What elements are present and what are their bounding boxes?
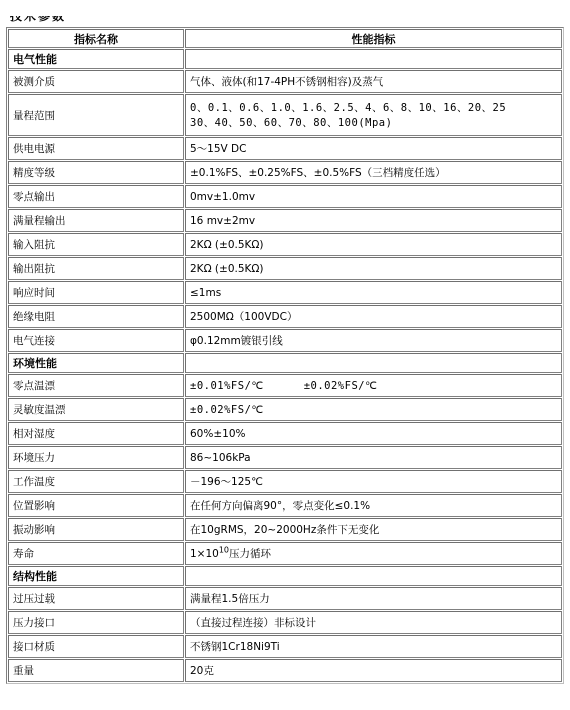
row-name: 精度等级 bbox=[8, 161, 184, 184]
row-name: 相对湿度 bbox=[8, 422, 184, 445]
table-row: 重量 20克 bbox=[8, 659, 562, 682]
table-row: 灵敏度温漂 ±0.02%FS/℃ bbox=[8, 398, 562, 421]
section-empty-cell bbox=[185, 353, 562, 373]
row-value: 5～15V DC bbox=[185, 137, 562, 160]
section-empty-cell bbox=[185, 49, 562, 69]
row-value: 0、0.1、0.6、1.0、1.6、2.5、4、6、8、10、16、20、25 … bbox=[185, 94, 562, 136]
row-name: 压力接口 bbox=[8, 611, 184, 634]
table-row: 零点温漂 ±0.01%FS/℃±0.02%FS/℃ bbox=[8, 374, 562, 397]
row-name: 绝缘电阻 bbox=[8, 305, 184, 328]
row-name: 供电电源 bbox=[8, 137, 184, 160]
table-row: 供电电源 5～15V DC bbox=[8, 137, 562, 160]
table-row: 输出阻抗 2KΩ (±0.5KΩ) bbox=[8, 257, 562, 280]
row-value: 0mv±1.0mv bbox=[185, 185, 562, 208]
row-value: ±0.1%FS、±0.25%FS、±0.5%FS（三档精度任选） bbox=[185, 161, 562, 184]
row-value: ±0.02%FS/℃ bbox=[185, 398, 562, 421]
spec-table: 指标名称 性能指标 电气性能 被测介质 气体、液体(和17-4PH不锈钢相容)及… bbox=[6, 27, 564, 684]
table-header-row: 指标名称 性能指标 bbox=[8, 29, 562, 48]
row-name: 电气连接 bbox=[8, 329, 184, 352]
row-value: ±0.01%FS/℃±0.02%FS/℃ bbox=[185, 374, 562, 397]
section-row-structural: 结构性能 bbox=[8, 566, 562, 586]
table-row: 响应时间 ≤1ms bbox=[8, 281, 562, 304]
row-name: 被测介质 bbox=[8, 70, 184, 93]
table-row: 电气连接 φ0.12mm镀银引线 bbox=[8, 329, 562, 352]
section-title: 环境性能 bbox=[8, 353, 184, 373]
row-name: 重量 bbox=[8, 659, 184, 682]
header-indicator-name: 指标名称 bbox=[8, 29, 184, 48]
row-value-base: 1×10 bbox=[190, 548, 219, 560]
row-name: 灵敏度温漂 bbox=[8, 398, 184, 421]
row-name: 振动影响 bbox=[8, 518, 184, 541]
row-value-suffix: 压力循环 bbox=[229, 548, 271, 560]
row-value: 2KΩ (±0.5KΩ) bbox=[185, 233, 562, 256]
table-row: 精度等级 ±0.1%FS、±0.25%FS、±0.5%FS（三档精度任选） bbox=[8, 161, 562, 184]
row-name: 位置影响 bbox=[8, 494, 184, 517]
table-row: 相对湿度 60%±10% bbox=[8, 422, 562, 445]
section-row-environmental: 环境性能 bbox=[8, 353, 562, 373]
row-value: 满量程1.5倍压力 bbox=[185, 587, 562, 610]
row-value: －196～125℃ bbox=[185, 470, 562, 493]
row-name: 工作温度 bbox=[8, 470, 184, 493]
header-performance: 性能指标 bbox=[185, 29, 562, 48]
table-row: 被测介质 气体、液体(和17-4PH不锈钢相容)及蒸气 bbox=[8, 70, 562, 93]
row-value: 2KΩ (±0.5KΩ) bbox=[185, 257, 562, 280]
table-row: 输入阻抗 2KΩ (±0.5KΩ) bbox=[8, 233, 562, 256]
table-row: 绝缘电阻 2500MΩ（100VDC） bbox=[8, 305, 562, 328]
row-value: 气体、液体(和17-4PH不锈钢相容)及蒸气 bbox=[185, 70, 562, 93]
clipped-heading: 技术参数 bbox=[10, 16, 66, 22]
section-empty-cell bbox=[185, 566, 562, 586]
row-value: 20克 bbox=[185, 659, 562, 682]
table-row: 压力接口 （直接过程连接）非标设计 bbox=[8, 611, 562, 634]
row-value: 1×1010压力循环 bbox=[185, 542, 562, 565]
table-row: 寿命 1×1010压力循环 bbox=[8, 542, 562, 565]
row-value-a: ±0.01%FS/℃ bbox=[190, 380, 264, 392]
table-row: 工作温度 －196～125℃ bbox=[8, 470, 562, 493]
row-name: 零点温漂 bbox=[8, 374, 184, 397]
row-name: 响应时间 bbox=[8, 281, 184, 304]
row-value-line1: 0、0.1、0.6、1.0、1.6、2.5、4、6、8、10、16、20、25 bbox=[190, 100, 557, 115]
row-value: 不锈钢1Cr18Ni9Ti bbox=[185, 635, 562, 658]
row-value: φ0.12mm镀银引线 bbox=[185, 329, 562, 352]
row-value-b: ±0.02%FS/℃ bbox=[304, 380, 378, 392]
row-value-line2: 30、40、50、60、70、80、100(Mpa) bbox=[190, 115, 557, 130]
table-row: 量程范围 0、0.1、0.6、1.0、1.6、2.5、4、6、8、10、16、2… bbox=[8, 94, 562, 136]
row-name: 环境压力 bbox=[8, 446, 184, 469]
row-value-exponent: 10 bbox=[219, 546, 229, 555]
row-value: 60%±10% bbox=[185, 422, 562, 445]
row-value: 86~106kPa bbox=[185, 446, 562, 469]
row-name: 输出阻抗 bbox=[8, 257, 184, 280]
table-row: 位置影响 在任何方向偏离90°，零点变化≤0.1% bbox=[8, 494, 562, 517]
table-row: 满量程输出 16 mv±2mv bbox=[8, 209, 562, 232]
row-name: 接口材质 bbox=[8, 635, 184, 658]
section-row-electrical: 电气性能 bbox=[8, 49, 562, 69]
table-row: 环境压力 86~106kPa bbox=[8, 446, 562, 469]
row-name: 满量程输出 bbox=[8, 209, 184, 232]
row-value: （直接过程连接）非标设计 bbox=[185, 611, 562, 634]
table-row: 振动影响 在10gRMS，20~2000Hz条件下无变化 bbox=[8, 518, 562, 541]
row-name: 零点输出 bbox=[8, 185, 184, 208]
row-value: 16 mv±2mv bbox=[185, 209, 562, 232]
row-value: 在任何方向偏离90°，零点变化≤0.1% bbox=[185, 494, 562, 517]
row-name: 寿命 bbox=[8, 542, 184, 565]
table-row: 接口材质 不锈钢1Cr18Ni9Ti bbox=[8, 635, 562, 658]
table-row: 过压过载 满量程1.5倍压力 bbox=[8, 587, 562, 610]
row-value: ≤1ms bbox=[185, 281, 562, 304]
row-name: 输入阻抗 bbox=[8, 233, 184, 256]
row-value: 2500MΩ（100VDC） bbox=[185, 305, 562, 328]
section-title: 结构性能 bbox=[8, 566, 184, 586]
row-value: 在10gRMS，20~2000Hz条件下无变化 bbox=[185, 518, 562, 541]
row-name: 量程范围 bbox=[8, 94, 184, 136]
table-row: 零点输出 0mv±1.0mv bbox=[8, 185, 562, 208]
row-name: 过压过载 bbox=[8, 587, 184, 610]
section-title: 电气性能 bbox=[8, 49, 184, 69]
